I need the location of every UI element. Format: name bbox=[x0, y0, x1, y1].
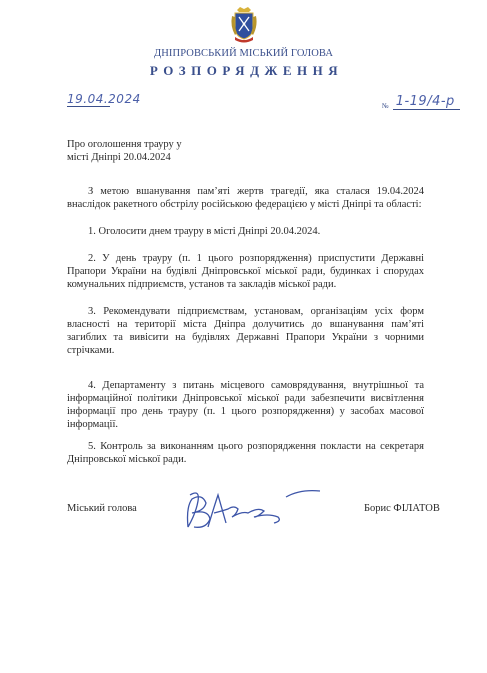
item-text: 2. У день трауру (п. 1 цього розпоряджен… bbox=[67, 253, 424, 290]
handwritten-signature-icon bbox=[178, 487, 338, 535]
coat-of-arms-icon bbox=[229, 6, 259, 44]
issuer-title: ДНІПРОВСЬКИЙ МІСЬКИЙ ГОЛОВА bbox=[0, 48, 487, 59]
intro-paragraph: З метою вшанування пам’яті жертв трагеді… bbox=[67, 185, 424, 211]
order-item-2: 2. У день трауру (п. 1 цього розпоряджен… bbox=[67, 252, 424, 291]
order-item-3: 3. Рекомендувати підприємствам, установа… bbox=[67, 305, 424, 357]
signer-name: Борис ФІЛАТОВ bbox=[364, 503, 440, 514]
number-sign: № bbox=[382, 102, 389, 110]
subject-line-2: місті Дніпрі 20.04.2024 bbox=[67, 151, 182, 164]
item-text: 4. Департаменту з питань місцевого самов… bbox=[67, 380, 424, 430]
intro-text: З метою вшанування пам’яті жертв трагеді… bbox=[67, 186, 424, 210]
order-item-1: 1. Оголосити днем трауру в місті Дніпрі … bbox=[67, 225, 424, 238]
document-date: 19.04.2024 bbox=[67, 92, 110, 107]
item-text: 1. Оголосити днем трауру в місті Дніпрі … bbox=[88, 226, 320, 237]
document-subject: Про оголошення трауру у місті Дніпрі 20.… bbox=[67, 138, 182, 164]
order-item-4: 4. Департаменту з питань місцевого самов… bbox=[67, 379, 424, 431]
document-number: № 1-19/4-р bbox=[382, 92, 460, 110]
signer-position: Міський голова bbox=[67, 503, 137, 514]
number-value: 1-19/4-р bbox=[393, 95, 460, 110]
subject-line-1: Про оголошення трауру у bbox=[67, 138, 182, 151]
document-type: РОЗПОРЯДЖЕННЯ bbox=[0, 63, 487, 79]
document-page: ДНІПРОВСЬКИЙ МІСЬКИЙ ГОЛОВА РОЗПОРЯДЖЕНН… bbox=[0, 0, 487, 673]
item-text: 5. Контроль за виконанням цього розпоряд… bbox=[67, 441, 424, 465]
order-item-5: 5. Контроль за виконанням цього розпоряд… bbox=[67, 440, 424, 466]
item-text: 3. Рекомендувати підприємствам, установа… bbox=[67, 306, 424, 356]
